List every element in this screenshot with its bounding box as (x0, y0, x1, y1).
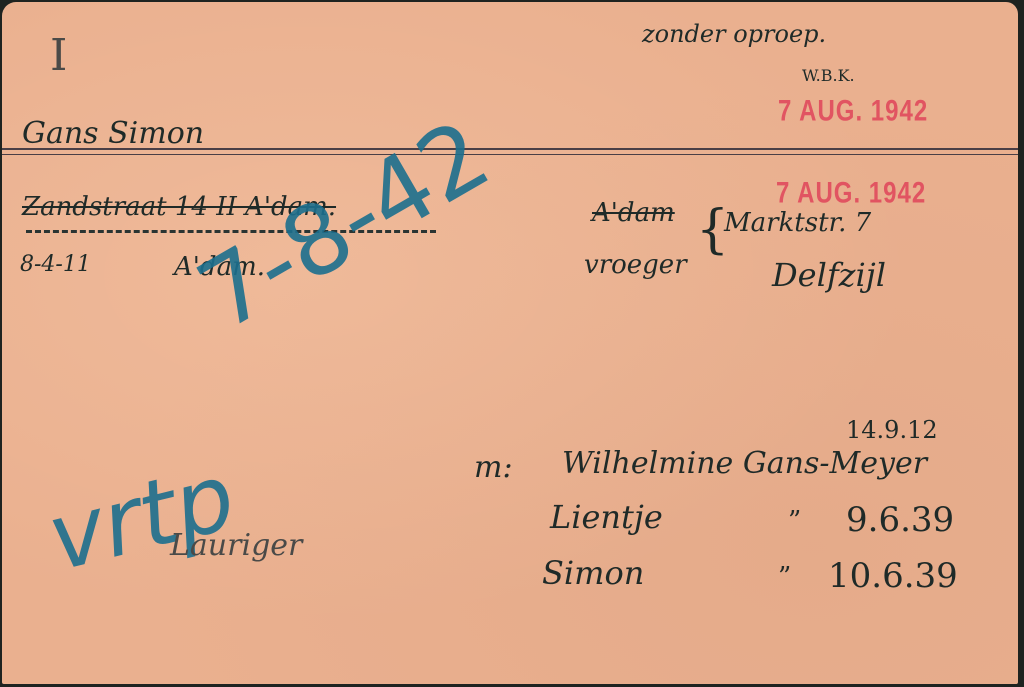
family-member-date: 10.6.39 (828, 556, 958, 596)
vroeger-label: vroeger (584, 250, 687, 280)
crossed-out-note: A'dam (592, 198, 675, 228)
blue-crayon-date: 7-8-42 (180, 98, 508, 352)
birth-date: 8-4-11 (20, 252, 91, 277)
family-member-name: Simon (542, 554, 644, 592)
ruled-line-top (2, 148, 1018, 150)
note-zonder-oproep: zonder oproep. (642, 20, 826, 48)
date-stamp-2: 7 AUG. 1942 (776, 176, 926, 211)
family-member-date: 14.9.12 (846, 416, 938, 444)
ruled-line-bottom (2, 154, 1018, 155)
family-prefix: m: (474, 450, 513, 485)
blue-crayon-mark: vrtp (38, 443, 245, 592)
family-member-name: Lientje (550, 498, 663, 536)
ditto-mark: ” (788, 506, 801, 536)
ditto-mark: ” (778, 562, 791, 592)
initials: W.B.K. (802, 66, 855, 85)
date-stamp-1: 7 AUG. 1942 (778, 94, 928, 129)
new-address-city: Delfzijl (772, 256, 886, 294)
person-name: Gans Simon (22, 116, 204, 151)
new-address-street: Marktstr. 7 (724, 208, 871, 238)
signature: Lauriger (170, 528, 302, 563)
family-member-name: Wilhelmine Gans-Meyer (562, 446, 927, 481)
roman-numeral: I (50, 30, 67, 81)
registration-card: I zonder oproep. W.B.K. 7 AUG. 1942 Gans… (2, 2, 1018, 684)
family-member-date: 9.6.39 (846, 500, 954, 540)
